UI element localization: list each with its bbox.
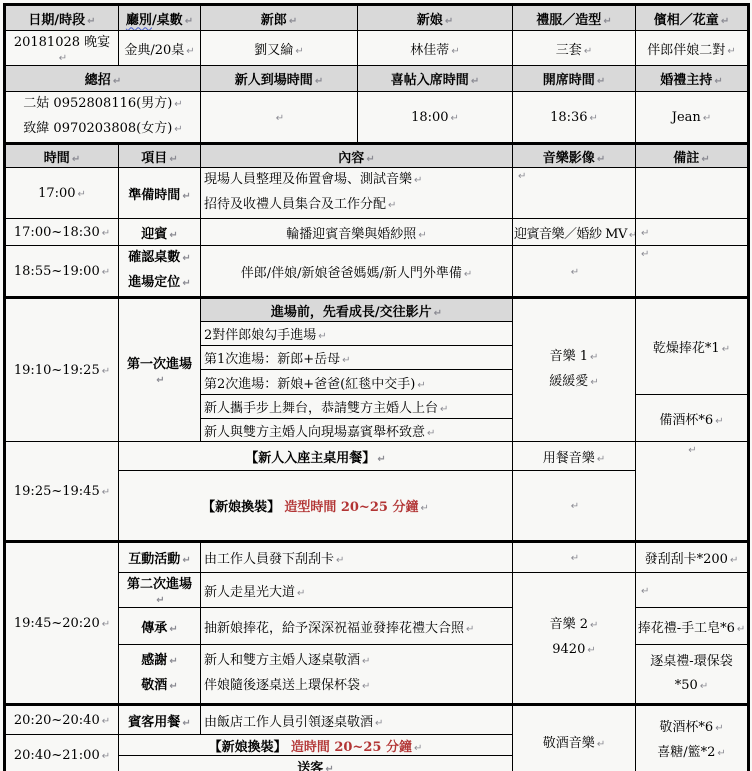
col-header-time: 時間↵ xyxy=(5,144,119,168)
paragraph-mark: ↵ xyxy=(415,380,425,391)
paragraph-mark: ↵ xyxy=(100,366,110,377)
row-dinner: 19:25~19:45↵ 【新人入座主桌用餐】↵ 用餐音樂↵ ↵ xyxy=(5,442,749,471)
dinner-content: 【新人入座主桌用餐】↵ xyxy=(119,442,513,471)
first-item: 第一次進場↵ xyxy=(119,298,201,442)
second-entrance-item: 第二次進場↵ xyxy=(119,573,201,608)
second-entrance-content: 新人走星光大道↵ xyxy=(201,573,513,608)
guest-content: 由飯店工作人員引領逐桌敬酒↵ xyxy=(201,705,513,735)
header-host-cell: 婚禮主持↵ xyxy=(636,66,749,92)
sendoff-time: 20:40~21:00↵ xyxy=(5,735,119,771)
styling-duration-text: 造型時間 20~25 分鐘 xyxy=(284,500,418,515)
toast-note: 逐桌禮-環保袋 *50↵ xyxy=(636,645,749,705)
paragraph-mark: ↵ xyxy=(595,454,605,465)
paragraph-mark: ↵ xyxy=(588,620,598,631)
paragraph-mark: ↵ xyxy=(295,588,305,599)
first-time: 19:10~19:25↵ xyxy=(5,298,119,442)
host-name: Jean↵ xyxy=(636,92,749,144)
paragraph-mark: ↵ xyxy=(57,53,67,64)
paragraph-mark: ↵ xyxy=(516,171,526,182)
paragraph-mark: ↵ xyxy=(184,46,194,57)
paragraph-mark: ↵ xyxy=(111,76,121,87)
header-bride-cell: 新娘↵ xyxy=(358,5,513,31)
interactive-content: 由工作人員發下刮刮卡↵ xyxy=(201,542,513,573)
paragraph-mark: ↵ xyxy=(316,331,326,342)
confirm-music-empty: ↵ xyxy=(513,246,636,298)
paragraph-mark: ↵ xyxy=(639,249,649,260)
paragraph-mark: ↵ xyxy=(180,555,190,566)
paragraph-mark: ↵ xyxy=(167,154,177,165)
prep-music-empty: ↵ xyxy=(513,168,636,219)
paragraph-mark: ↵ xyxy=(375,454,385,465)
prep-note-empty xyxy=(636,168,749,219)
first-sub4: 新人攜手步上舞台，恭請雙方主婚人上台↵ xyxy=(201,395,513,419)
confirm-content: 伴郎/伴娘/新娘爸爸媽媽/新人門外準備↵ xyxy=(201,246,513,298)
bouquet-note: 捧花禮-手工皂*6↵ xyxy=(636,608,749,645)
paragraph-mark: ↵ xyxy=(725,46,735,57)
info-value-row: 20181028 晚宴↵ 金典/20桌↵ 劉又綸↵ 林佳蒂↵ 三套↵ 伴郎伴娘二… xyxy=(5,31,749,66)
toast-content: 新人和雙方主婚人逐桌敬酒↵ 伴娘隨後逐桌送上環保杯袋↵ xyxy=(201,645,513,705)
paragraph-mark: ↵ xyxy=(585,645,595,656)
welcome-item: 迎賓↵ xyxy=(119,219,201,246)
date-value: 20181028 晚宴↵ xyxy=(5,31,119,66)
attendants-value: 伴郎伴娘二對↵ xyxy=(636,31,749,66)
paragraph-mark: ↵ xyxy=(100,228,110,239)
paragraph-mark: ↵ xyxy=(172,99,182,110)
paragraph-mark: ↵ xyxy=(323,764,333,771)
header-date-label: 日期/時段 xyxy=(28,13,85,28)
paragraph-mark: ↵ xyxy=(686,445,696,456)
info-contact-row: 二姑 0952808116(男方)↵ 致緯 0970203808(女方)↵ ↵ … xyxy=(5,92,749,144)
paragraph-mark: ↵ xyxy=(412,743,422,754)
info-header-row: 日期/時段↵ 廳別/桌數↵ 新郎↵ 新娘↵ 禮服／造型↵ 儐相／花童↵ xyxy=(5,5,749,31)
paragraph-mark: ↵ xyxy=(340,355,350,366)
paragraph-mark: ↵ xyxy=(627,230,636,241)
bouquet-item: 傳承↵ xyxy=(119,608,201,645)
paragraph-mark: ↵ xyxy=(154,595,164,606)
first-note-bouquet: 乾燥捧花*1↵ xyxy=(636,298,749,395)
header-invite-cell: 喜帖入席時間↵ xyxy=(358,66,513,92)
outfit-change-1-music-empty: ↵ xyxy=(513,471,636,542)
paragraph-mark: ↵ xyxy=(180,278,190,289)
header-dress-cell: 禮服／造型↵ xyxy=(513,5,636,31)
paragraph-mark: ↵ xyxy=(154,375,164,386)
paragraph-mark: ↵ xyxy=(462,269,472,280)
second-time: 19:45~20:20↵ xyxy=(5,542,119,705)
header-bride-label: 新娘 xyxy=(417,13,443,28)
paragraph-mark: ↵ xyxy=(588,113,598,124)
row-interactive: 19:45~20:20↵ 互動活動↵ 由工作人員發下刮刮卡↵ ↵ 發刮刮卡*20… xyxy=(5,542,749,573)
prep-item: 準備時間↵ xyxy=(119,168,201,219)
paragraph-mark: ↵ xyxy=(735,624,745,635)
row-prep: 17:00↵ 準備時間↵ 現場人員整理及佈置會場、測試音樂↵ 招待及收禮人員集合… xyxy=(5,168,749,219)
dinner-note-empty: ↵ xyxy=(636,442,749,542)
styling-duration-text-2: 造時間 20~25 分鐘 xyxy=(291,740,412,755)
header-date-cell: 日期/時段↵ xyxy=(5,5,119,31)
invite-time: 18:00↵ xyxy=(358,92,513,144)
bouquet-content: 抽新娘捧花，給予深深祝福並發捧花禮大合照↵ xyxy=(201,608,513,645)
toast-item: 感謝↵ 敬酒↵ xyxy=(119,645,201,705)
interactive-item: 互動活動↵ xyxy=(119,542,201,573)
paragraph-mark: ↵ xyxy=(167,656,177,667)
paragraph-mark: ↵ xyxy=(425,428,435,439)
paragraph-mark: ↵ xyxy=(293,46,303,57)
paragraph-mark: ↵ xyxy=(713,416,723,427)
paragraph-mark: ↵ xyxy=(70,154,80,165)
paragraph-mark: ↵ xyxy=(588,352,598,363)
arrival-time-empty-cell: ↵ xyxy=(201,92,358,144)
dinner-time: 19:25~19:45↵ xyxy=(5,442,119,542)
welcome-note-empty: ↵ xyxy=(636,219,749,246)
row-guest-dining: 20:20~20:40↵ 賓客用餐↵ 由飯店工作人員引領逐桌敬酒↵ 敬酒音樂↵ … xyxy=(5,705,749,735)
header-open-cell: 開席時間↵ xyxy=(513,66,636,92)
paragraph-mark: ↵ xyxy=(569,267,579,278)
paragraph-mark: ↵ xyxy=(386,200,396,211)
first-sub1: 2對伴郎娘勾手進場↵ xyxy=(201,322,513,346)
paragraph-mark: ↵ xyxy=(720,344,730,355)
col-header-music: 音樂影像↵ xyxy=(513,144,636,168)
paragraph-mark: ↵ xyxy=(373,718,383,729)
paragraph-mark: ↵ xyxy=(713,723,723,734)
welcome-music: 迎賓音樂／婚紗 MV↵ xyxy=(513,219,636,246)
paragraph-mark: ↵ xyxy=(180,718,190,729)
confirm-time: 18:55~19:00↵ xyxy=(5,246,119,298)
paragraph-mark: ↵ xyxy=(698,681,708,692)
paragraph-mark: ↵ xyxy=(416,230,426,241)
paragraph-mark: ↵ xyxy=(595,154,605,165)
paragraph-mark: ↵ xyxy=(449,46,459,57)
interactive-music-empty: ↵ xyxy=(513,542,636,573)
paragraph-mark: ↵ xyxy=(464,624,474,635)
confirm-note-empty: ↵ xyxy=(636,246,749,298)
contact-info: 二姑 0952808116(男方)↵ 致緯 0970203808(女方)↵ xyxy=(5,92,201,144)
paragraph-mark: ↵ xyxy=(172,124,182,135)
paragraph-mark: ↵ xyxy=(364,154,374,165)
groom-name: 劉又綸↵ xyxy=(201,31,358,66)
wedding-schedule-table: 日期/時段↵ 廳別/桌數↵ 新郎↵ 新娘↵ 禮服／造型↵ 儐相／花童↵ 2018… xyxy=(3,3,750,771)
paragraph-mark: ↵ xyxy=(412,175,422,186)
schedule-header-row: 時間↵ 項目↵ 內容↵ 音樂影像↵ 備註↵ xyxy=(5,144,749,168)
col-header-item: 項目↵ xyxy=(119,144,201,168)
paragraph-mark: ↵ xyxy=(699,154,709,165)
paragraph-mark: ↵ xyxy=(601,16,611,27)
paragraph-mark: ↵ xyxy=(582,46,592,57)
paragraph-mark: ↵ xyxy=(76,189,86,200)
paragraph-mark: ↵ xyxy=(432,308,442,319)
paragraph-mark: ↵ xyxy=(449,113,459,124)
guest-item: 賓客用餐↵ xyxy=(119,705,201,735)
header-hall-label-underlined: 廳別 xyxy=(126,13,152,28)
paragraph-mark: ↵ xyxy=(595,76,605,87)
paragraph-mark: ↵ xyxy=(287,16,297,27)
header-hall-label: /桌數 xyxy=(152,13,183,28)
guest-time: 20:20~20:40↵ xyxy=(5,705,119,735)
header-arrival-cell: 新人到場時間↵ xyxy=(201,66,358,92)
welcome-time: 17:00~18:30↵ xyxy=(5,219,119,246)
paragraph-mark: ↵ xyxy=(100,619,110,630)
paragraph-mark: ↵ xyxy=(360,681,370,692)
sendoff-content: 送客↵ xyxy=(119,756,513,771)
confirm-item: 確認桌數↵ 進場定位↵ xyxy=(119,246,201,298)
header-hall-cell: 廳別/桌數↵ xyxy=(119,5,201,31)
paragraph-mark: ↵ xyxy=(167,230,177,241)
paragraph-mark: ↵ xyxy=(274,113,284,124)
paragraph-mark: ↵ xyxy=(588,377,598,388)
paragraph-mark: ↵ xyxy=(569,501,579,512)
paragraph-mark: ↵ xyxy=(469,76,479,87)
first-sub-header: 進場前，先看成長/交往影片↵ xyxy=(201,298,513,322)
first-music: 音樂 1↵ 緩緩愛↵ xyxy=(513,298,636,442)
header-groom-cell: 新郎↵ xyxy=(201,5,358,31)
paragraph-mark: ↵ xyxy=(180,191,190,202)
bride-name: 林佳蒂↵ xyxy=(358,31,513,66)
dress-count: 三套↵ xyxy=(513,31,636,66)
paragraph-mark: ↵ xyxy=(639,228,649,239)
first-note-glasses: 備酒杯*6↵ xyxy=(636,395,749,442)
paragraph-mark: ↵ xyxy=(100,751,110,762)
prep-time: 17:00↵ xyxy=(5,168,119,219)
guest-music: 敬酒音樂↵ xyxy=(513,705,636,771)
paragraph-mark: ↵ xyxy=(167,624,177,635)
guest-note: 敬酒杯*6↵ 喜糖/籃*2↵ xyxy=(636,705,749,771)
paragraph-mark: ↵ xyxy=(183,16,193,27)
paragraph-mark: ↵ xyxy=(100,487,110,498)
header-attendants-cell: 儐相／花童↵ xyxy=(636,5,749,31)
paragraph-mark: ↵ xyxy=(334,555,344,566)
paragraph-mark: ↵ xyxy=(167,681,177,692)
paragraph-mark: ↵ xyxy=(100,716,110,727)
col-header-note: 備註↵ xyxy=(636,144,749,168)
outfit-change-2-content: 【新娘換裝】 造時間 20~25 分鐘↵ xyxy=(119,735,513,756)
first-sub3: 第2次進場：新娘+爸爸(紅毯中交手)↵ xyxy=(201,370,513,395)
paragraph-mark: ↵ xyxy=(719,16,729,27)
paragraph-mark: ↵ xyxy=(180,253,190,264)
dinner-music: 用餐音樂↵ xyxy=(513,442,636,471)
paragraph-mark: ↵ xyxy=(728,555,738,566)
header-attendants-label: 儐相／花童 xyxy=(654,13,719,28)
info-subheader-row: 總招↵ 新人到場時間↵ 喜帖入席時間↵ 開席時間↵ 婚禮主持↵ xyxy=(5,66,749,92)
paragraph-mark: ↵ xyxy=(639,586,649,597)
paragraph-mark: ↵ xyxy=(85,16,95,27)
prep-content: 現場人員整理及佈置會場、測試音樂↵ 招待及收禮人員集合及工作分配↵ xyxy=(201,168,513,219)
hall-value: 金典/20桌↵ xyxy=(119,31,201,66)
first-sub2: 第1次進場：新郎+岳母↵ xyxy=(201,346,513,370)
row-first-entrance: 19:10~19:25↵ 第一次進場↵ 進場前，先看成長/交往影片↵ 音樂 1↵… xyxy=(5,298,749,322)
paragraph-mark: ↵ xyxy=(313,76,323,87)
paragraph-mark: ↵ xyxy=(100,267,110,278)
contact-line-groom-side: 二姑 0952808116(男方)↵ xyxy=(9,92,197,117)
paragraph-mark: ↵ xyxy=(569,553,579,564)
paragraph-mark: ↵ xyxy=(438,404,448,415)
first-sub5: 新人與雙方主婚人向現場嘉賓舉杯致意↵ xyxy=(201,419,513,442)
paragraph-mark: ↵ xyxy=(418,503,428,514)
open-time: 18:36↵ xyxy=(513,92,636,144)
paragraph-mark: ↵ xyxy=(360,656,370,667)
second-music: 音樂 2↵ 9420↵ xyxy=(513,573,636,705)
header-groom-label: 新郎 xyxy=(261,13,287,28)
header-total-cell: 總招↵ xyxy=(5,66,201,92)
header-dress-label: 禮服／造型 xyxy=(536,13,601,28)
row-welcome: 17:00~18:30↵ 迎賓↵ 輪播迎賓音樂與婚紗照↵ 迎賓音樂／婚紗 MV↵… xyxy=(5,219,749,246)
outfit-change-1-content: 【新娘換裝】 造型時間 20~25 分鐘↵ xyxy=(119,471,513,542)
contact-line-bride-side: 致緯 0970203808(女方)↵ xyxy=(9,117,197,142)
paragraph-mark: ↵ xyxy=(443,16,453,27)
paragraph-mark: ↵ xyxy=(715,748,725,759)
paragraph-mark: ↵ xyxy=(701,113,711,124)
paragraph-mark: ↵ xyxy=(712,76,722,87)
second-entrance-note-empty: ↵ xyxy=(636,573,749,608)
col-header-content: 內容↵ xyxy=(201,144,513,168)
row-confirm: 18:55~19:00↵ 確認桌數↵ 進場定位↵ 伴郎/伴娘/新娘爸爸媽媽/新人… xyxy=(5,246,749,298)
paragraph-mark: ↵ xyxy=(595,739,605,750)
welcome-content: 輪播迎賓音樂與婚紗照↵ xyxy=(201,219,513,246)
interactive-note: 發刮刮卡*200↵ xyxy=(636,542,749,573)
